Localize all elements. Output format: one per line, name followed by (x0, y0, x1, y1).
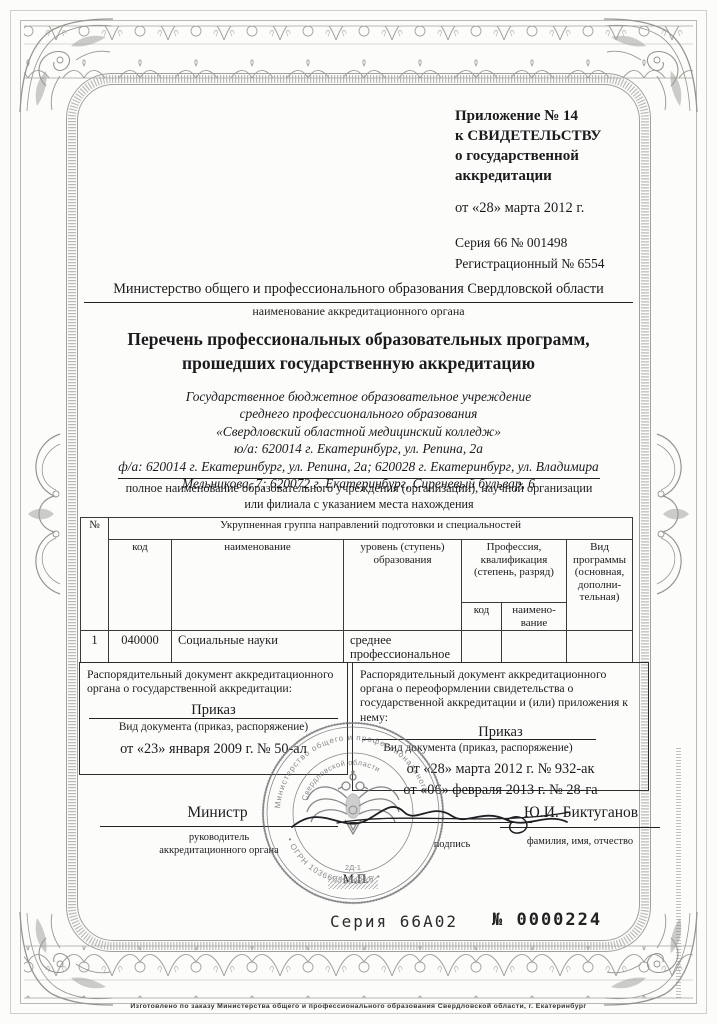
cell-program (567, 631, 633, 663)
appendix-line: Приложение № 14 (455, 106, 660, 126)
institution-line: Государственное бюджетное образовательно… (42, 388, 675, 405)
cell-num: 1 (81, 631, 109, 663)
appendix-line: к СВИДЕТЕЛЬСТВУ (455, 126, 660, 146)
document-title: Перечень профессиональных образовательны… (50, 327, 667, 375)
institution-block: Государственное бюджетное образовательно… (42, 388, 675, 492)
institution-caption-line2: или филиала с указанием места нахождения (48, 497, 670, 513)
authority-rule (84, 302, 633, 303)
printer-imprint (676, 748, 681, 1000)
table-row: 1 040000 Социальные науки среднее профес… (81, 631, 633, 663)
authority-name: Министерство общего и профессионального … (80, 281, 637, 298)
cell-prof-code (462, 631, 502, 663)
seal-code: 2Д-1 (345, 863, 361, 872)
cell-code: 040000 (109, 631, 172, 663)
blank-series: Серия 66А02 (330, 912, 480, 931)
institution-line: среднего профессионального образования (42, 405, 675, 422)
col-subheader-prof-code: код (462, 603, 502, 631)
document-title-line2: прошедших государственную аккредитацию (50, 351, 667, 375)
order-heading: Распорядительный документ аккредитационн… (360, 667, 641, 724)
col-header-name: наименование (172, 540, 344, 631)
appendix-line: о государственной (455, 146, 660, 166)
institution-line: «Свердловский областной медицинский колл… (42, 423, 675, 440)
col-subheader-prof-name: наимено- вание (502, 603, 567, 631)
certificate-date: от «28» марта 2012 г. (455, 198, 660, 218)
col-header-program: Вид программы (основная, дополни- тельна… (567, 540, 633, 631)
cell-name: Социальные науки (172, 631, 344, 663)
institution-caption: полное наименование образовательного учр… (48, 481, 670, 512)
col-header-group: Укрупненная группа направлений подготовк… (109, 518, 633, 540)
cell-prof-name (502, 631, 567, 663)
institution-caption-line1: полное наименование образовательного учр… (48, 481, 670, 497)
footer-imprint: Изготовлено по заказу Министерства общег… (0, 1003, 717, 1010)
seal-hatch-box (328, 876, 378, 889)
institution-rule (118, 478, 600, 479)
order-heading: Распорядительный документ аккредитационн… (87, 667, 340, 695)
programs-table: № Укрупненная группа направлений подгото… (80, 517, 633, 663)
order-doc-type: Приказ (87, 703, 340, 717)
col-header-num: № (81, 518, 109, 631)
document-title-line1: Перечень профессиональных образовательны… (50, 327, 667, 351)
authority-caption: наименование аккредитационного органа (80, 304, 637, 319)
col-header-profession: Профессия, квалификация (степень, разряд… (462, 540, 567, 603)
blank-number: № 0000224 (492, 910, 652, 930)
certificate-series: Серия 66 № 001498 (455, 233, 660, 253)
certificate-page: Приложение № 14 к СВИДЕТЕЛЬСТВУ о госуда… (0, 0, 717, 1024)
cell-level: среднее профессиональное (344, 631, 462, 663)
col-header-level: уровень (ступень) образования (344, 540, 462, 631)
institution-line: ф/а: 620014 г. Екатеринбург, ул. Репина,… (42, 458, 675, 475)
appendix-line: аккредитации (455, 166, 660, 186)
institution-line: ю/а: 620014 г. Екатеринбург, ул. Репина,… (42, 440, 675, 457)
handwritten-signature (282, 782, 582, 852)
registration-number: Регистрационный № 6554 (455, 254, 660, 274)
appendix-header: Приложение № 14 к СВИДЕТЕЛЬСТВУ о госуда… (455, 106, 660, 274)
col-header-code: код (109, 540, 172, 631)
